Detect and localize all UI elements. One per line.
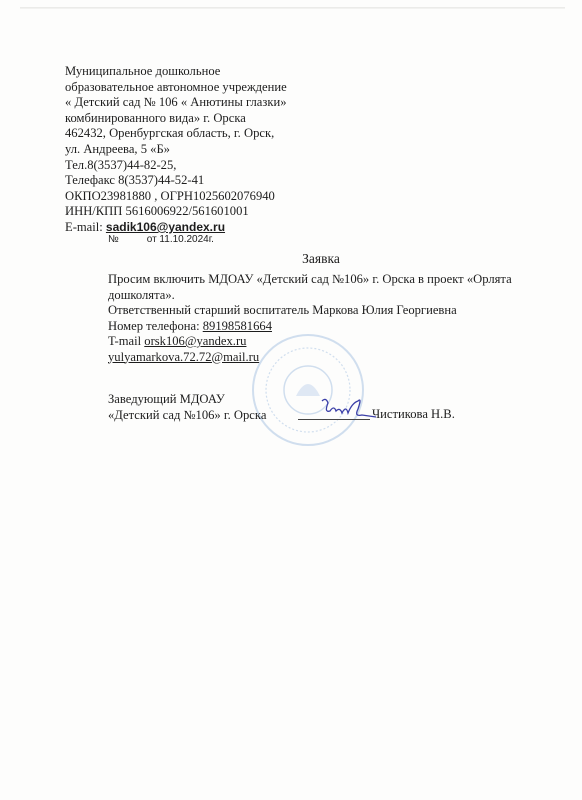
stamp-icon — [248, 330, 368, 450]
signatory-name: Чистикова Н.В. — [372, 407, 455, 422]
header-line: Телефакс 8(3537)44-52-41 — [65, 173, 287, 189]
header-line: Тел.8(3537)44-82-25, — [65, 158, 287, 174]
handwritten-signature-icon — [318, 395, 378, 421]
signature-position: Заведующий МДОАУ — [108, 392, 266, 408]
body-line: дошколята». — [108, 288, 512, 304]
signature-block: Заведующий МДОАУ «Детский сад №106» г. О… — [108, 392, 266, 423]
tmail-link[interactable]: orsk106@yandex.ru — [144, 334, 246, 348]
email-link[interactable]: sadik106@yandex.ru — [106, 220, 225, 234]
header-line: 462432, Оренбургская область, г. Орск, — [65, 126, 287, 142]
header-line: « Детский сад № 106 « Анютины глазки» — [65, 95, 287, 111]
phone-label: Номер телефона: — [108, 319, 203, 333]
header-line: Муниципальное дошкольное — [65, 64, 287, 80]
email-label: E-mail: — [65, 220, 106, 234]
mail2-link[interactable]: yulyamarkova.72.72@mail.ru — [108, 350, 259, 364]
body-line: Просим включить МДОАУ «Детский сад №106»… — [108, 272, 512, 288]
header-line: ИНН/КПП 5616006922/561601001 — [65, 204, 287, 220]
signature-organization: «Детский сад №106» г. Орска — [108, 408, 266, 424]
document-title: Заявка — [0, 251, 582, 267]
registration-number-label: № — [108, 234, 119, 245]
header-line: комбинированного вида» г. Орска — [65, 111, 287, 127]
body-line: Ответственный старший воспитатель Марков… — [108, 303, 512, 319]
header-line: ОКПО23981880 , ОГРН1025602076940 — [65, 189, 287, 205]
registration-date: от 11.10.2024г. — [147, 234, 214, 245]
registration-line: №от 11.10.2024г. — [108, 234, 214, 245]
scan-edge-line — [20, 7, 565, 9]
header-line: образовательное автономное учреждение — [65, 80, 287, 96]
tmail-label: T-mail — [108, 334, 144, 348]
header-line: ул. Андреева, 5 «Б» — [65, 142, 287, 158]
organization-header: Муниципальное дошкольное образовательное… — [65, 64, 287, 236]
